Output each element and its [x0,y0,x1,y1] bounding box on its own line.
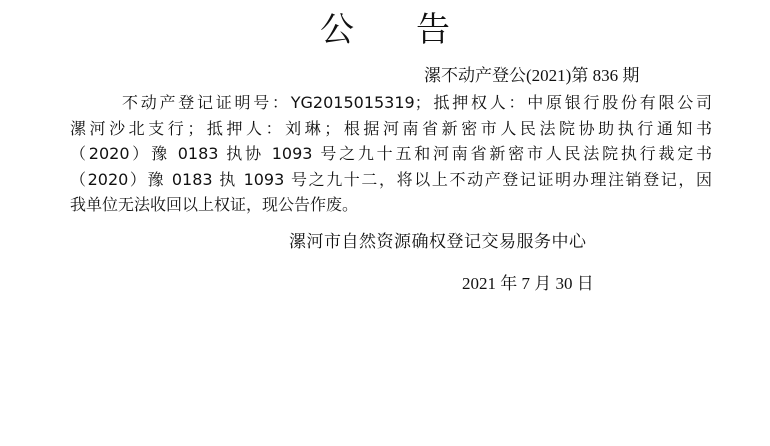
notice-body: 不动产登记证明号：YG2015015319；抵押权人：中原银行股份有限公司 漯河… [70,90,712,218]
body-line-3: （2020）豫 0183 执协 1093 号之九十五和河南省新密市人民法院执行裁… [70,141,712,167]
body-line-4: （2020）豫 0183 执 1093 号之九十二，将以上不动产登记证明办理注销… [70,167,712,193]
issuing-authority: 漯河市自然资源确权登记交易服务中心 [289,229,587,255]
body-line-2: 漯河沙北支行；抵押人：刘琳；根据河南省新密市人民法院协助执行通知书 [70,116,712,142]
body-line-1: 不动产登记证明号：YG2015015319；抵押权人：中原银行股份有限公司 [70,90,712,116]
notice-title-char-1: 公 [320,8,354,52]
body-line-5: 我单位无法收回以上权证，现公告作废。 [70,192,712,218]
notice-date: 2021 年 7 月 30 日 [462,271,594,297]
issue-number: 漯不动产登公(2021)第 836 期 [424,64,639,88]
notice-title: 公告 [0,8,770,52]
notice-title-char-2: 告 [416,8,450,52]
